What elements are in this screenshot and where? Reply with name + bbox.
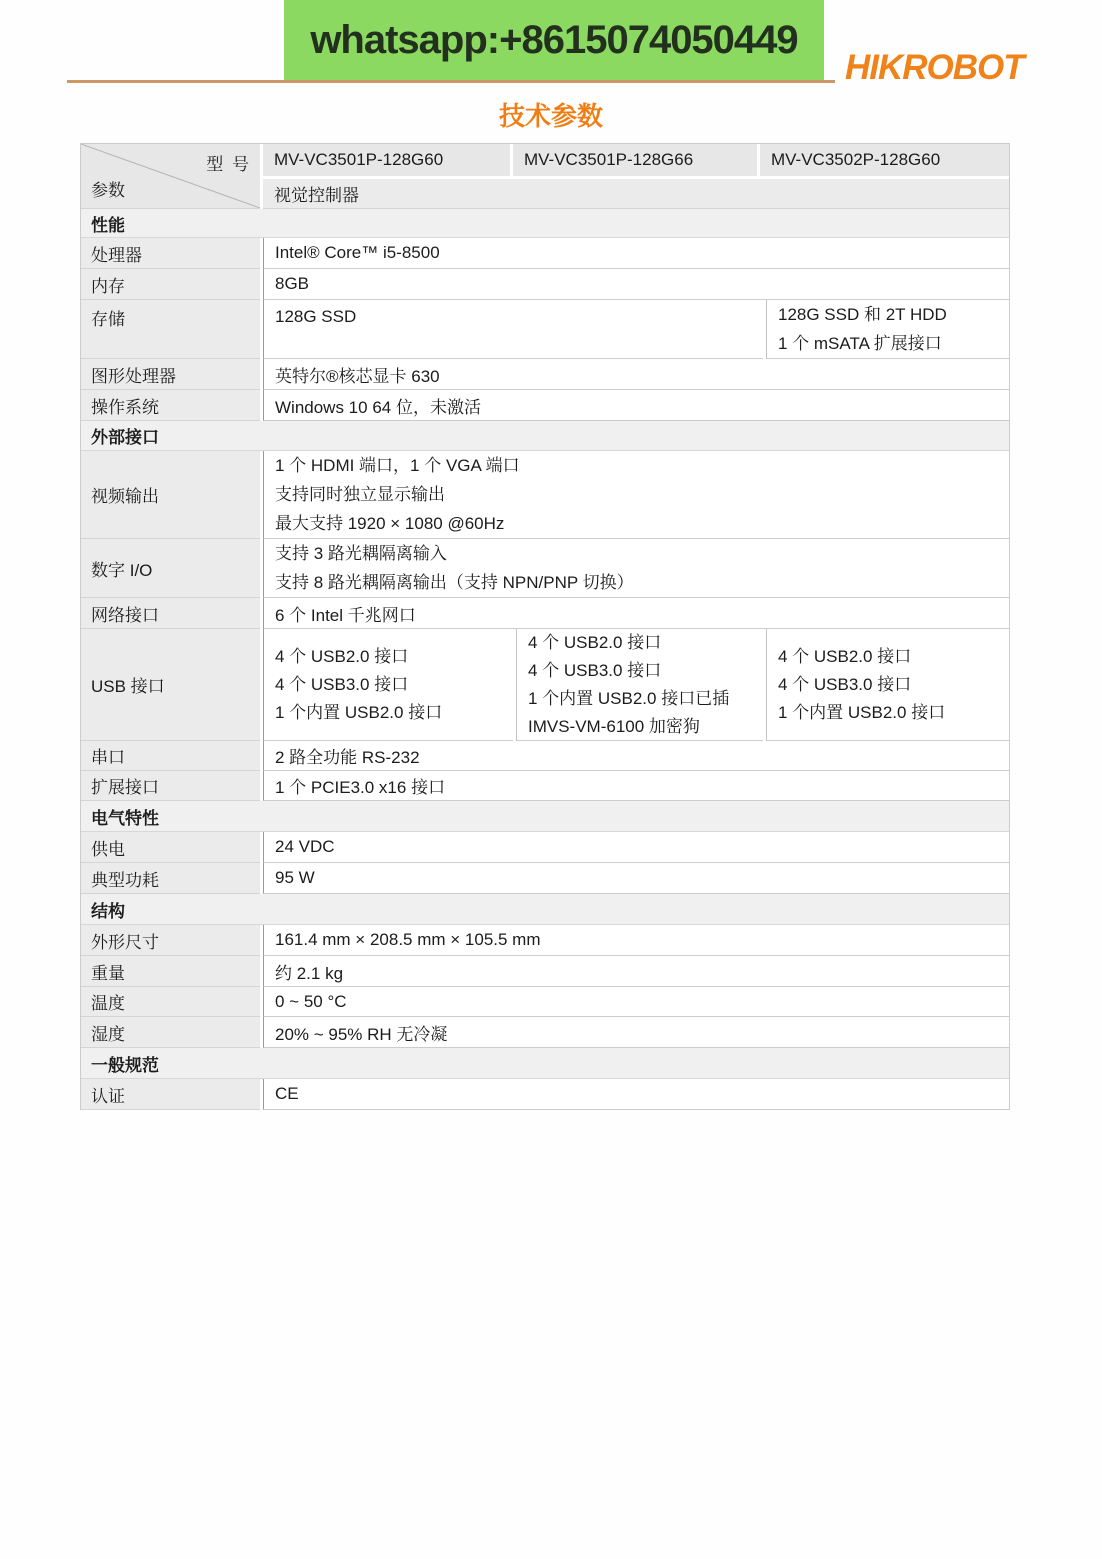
usb-col-model2: 4 个 USB2.0 接口 4 个 USB3.0 接口 1 个内置 USB2.0… [516, 629, 763, 741]
table-row-storage: 存储 128G SSD 128G SSD 和 2T HDD 1 个 mSATA … [81, 300, 1009, 359]
row-label: 图形处理器 [81, 359, 260, 390]
row-label: 视频输出 [81, 451, 260, 539]
row-value: Windows 10 64 位，未激活 [263, 390, 1009, 421]
row-value: 8GB [263, 269, 1009, 300]
table-row-certification: 认证 CE [81, 1079, 1009, 1110]
row-value: 支持 3 路光耦隔离输入 支持 8 路光耦隔离输出（支持 NPN/PNP 切换） [263, 539, 1009, 598]
section-external: 外部接口 [81, 421, 1009, 451]
video-line: 支持同时独立显示输出 [275, 480, 445, 509]
model-name-1: MV-VC3501P-128G60 [263, 144, 510, 176]
row-value: 24 VDC [263, 832, 1009, 863]
row-label: 操作系统 [81, 390, 260, 421]
section-structure: 结构 [81, 894, 1009, 925]
usb-col-model3: 4 个 USB2.0 接口 4 个 USB3.0 接口 1 个内置 USB2.0… [766, 629, 1009, 741]
table-row-os: 操作系统 Windows 10 64 位，未激活 [81, 390, 1009, 421]
usb-col-model1: 4 个 USB2.0 接口 4 个 USB3.0 接口 1 个内置 USB2.0… [263, 629, 513, 741]
row-label: 供电 [81, 832, 260, 863]
row-value: 1 个 HDMI 端口，1 个 VGA 端口 支持同时独立显示输出 最大支持 1… [263, 451, 1009, 539]
model-row: MV-VC3501P-128G60 MV-VC3501P-128G66 MV-V… [263, 144, 1009, 176]
row-value: 20% ~ 95% RH 无冷凝 [263, 1017, 1009, 1048]
usb-line: 1 个内置 USB2.0 接口已插 [528, 685, 729, 713]
row-label: 存储 [81, 300, 260, 359]
row-value: 6 个 Intel 千兆网口 [263, 598, 1009, 629]
model-name-3: MV-VC3502P-128G60 [760, 144, 1009, 176]
row-label: 温度 [81, 987, 260, 1017]
row-label: 外形尺寸 [81, 925, 260, 956]
usb-line: 1 个内置 USB2.0 接口 [275, 699, 442, 727]
model-name-2: MV-VC3501P-128G66 [513, 144, 757, 176]
table-row-expansion: 扩展接口 1 个 PCIE3.0 x16 接口 [81, 771, 1009, 801]
row-label: 内存 [81, 269, 260, 300]
video-line: 1 个 HDMI 端口，1 个 VGA 端口 [275, 451, 520, 480]
table-row-cpu: 处理器 Intel® Core™ i5-8500 [81, 238, 1009, 269]
row-label: 数字 I/O [81, 539, 260, 598]
spec-table: 型 号 参数 MV-VC3501P-128G60 MV-VC3501P-128G… [80, 143, 1010, 1110]
section-general: 一般规范 [81, 1048, 1009, 1079]
dio-line: 支持 3 路光耦隔离输入 [275, 539, 447, 568]
page: whatsapp:+8615074050449 HIKROBOT 技术参数 型 … [0, 0, 1102, 1559]
usb-line: 4 个 USB3.0 接口 [778, 671, 911, 699]
section-performance: 性能 [81, 209, 1009, 238]
whatsapp-banner: whatsapp:+8615074050449 [284, 0, 824, 80]
usb-line: 4 个 USB2.0 接口 [275, 643, 408, 671]
whatsapp-number: whatsapp:+8615074050449 [310, 18, 797, 63]
table-row-temperature: 温度 0 ~ 50 °C [81, 987, 1009, 1017]
video-line: 最大支持 1920 × 1080 @60Hz [275, 509, 504, 538]
table-row-humidity: 湿度 20% ~ 95% RH 无冷凝 [81, 1017, 1009, 1048]
row-value: 英特尔®核芯显卡 630 [263, 359, 1009, 390]
table-row-dimensions: 外形尺寸 161.4 mm × 208.5 mm × 105.5 mm [81, 925, 1009, 956]
dio-line: 支持 8 路光耦隔离输出（支持 NPN/PNP 切换） [275, 568, 634, 597]
table-row-consumption: 典型功耗 95 W [81, 863, 1009, 894]
storage-value-main: 128G SSD [263, 300, 763, 359]
table-row-digital-io: 数字 I/O 支持 3 路光耦隔离输入 支持 8 路光耦隔离输出（支持 NPN/… [81, 539, 1009, 598]
table-row-gpu: 图形处理器 英特尔®核芯显卡 630 [81, 359, 1009, 390]
row-value: 2 路全功能 RS-232 [263, 741, 1009, 771]
usb-line: 4 个 USB3.0 接口 [275, 671, 408, 699]
page-title: 技术参数 [0, 96, 1102, 133]
row-value: 95 W [263, 863, 1009, 894]
usb-line: 4 个 USB2.0 接口 [778, 643, 911, 671]
usb-line: 4 个 USB3.0 接口 [528, 657, 661, 685]
row-label: 认证 [81, 1079, 260, 1110]
table-row-memory: 内存 8GB [81, 269, 1009, 300]
row-value: CE [263, 1079, 1009, 1110]
row-value: 0 ~ 50 °C [263, 987, 1009, 1017]
corner-model-label: 型 号 [206, 150, 251, 175]
usb-line: IMVS-VM-6100 加密狗 [528, 713, 700, 741]
storage-value-third-model: 128G SSD 和 2T HDD 1 个 mSATA 扩展接口 [766, 300, 1009, 359]
corner-param-label: 参数 [91, 176, 125, 201]
row-label: 串口 [81, 741, 260, 771]
table-header: 型 号 参数 MV-VC3501P-128G60 MV-VC3501P-128G… [81, 144, 1009, 209]
header-divider-line [67, 80, 835, 83]
header-right: MV-VC3501P-128G60 MV-VC3501P-128G66 MV-V… [263, 144, 1009, 209]
row-label: 重量 [81, 956, 260, 987]
category-cell: 视觉控制器 [263, 179, 1009, 209]
row-label: USB 接口 [81, 629, 260, 741]
storage-line: 1 个 mSATA 扩展接口 [778, 329, 942, 358]
row-value: Intel® Core™ i5-8500 [263, 238, 1009, 269]
section-electrical: 电气特性 [81, 801, 1009, 832]
table-row-usb: USB 接口 4 个 USB2.0 接口 4 个 USB3.0 接口 1 个内置… [81, 629, 1009, 741]
table-row-power: 供电 24 VDC [81, 832, 1009, 863]
row-label: 扩展接口 [81, 771, 260, 801]
row-value: 161.4 mm × 208.5 mm × 105.5 mm [263, 925, 1009, 956]
table-row-network: 网络接口 6 个 Intel 千兆网口 [81, 598, 1009, 629]
row-label: 湿度 [81, 1017, 260, 1048]
row-value: 1 个 PCIE3.0 x16 接口 [263, 771, 1009, 801]
usb-line: 1 个内置 USB2.0 接口 [778, 699, 945, 727]
usb-line: 4 个 USB2.0 接口 [528, 629, 661, 657]
table-corner-cell: 型 号 参数 [81, 144, 260, 209]
row-value: 约 2.1 kg [263, 956, 1009, 987]
hikrobot-logo: HIKROBOT [845, 48, 1045, 88]
row-label: 典型功耗 [81, 863, 260, 894]
row-label: 网络接口 [81, 598, 260, 629]
table-row-video-output: 视频输出 1 个 HDMI 端口，1 个 VGA 端口 支持同时独立显示输出 最… [81, 451, 1009, 539]
storage-line: 128G SSD 和 2T HDD [778, 300, 947, 329]
row-label: 处理器 [81, 238, 260, 269]
table-row-weight: 重量 约 2.1 kg [81, 956, 1009, 987]
table-row-serial: 串口 2 路全功能 RS-232 [81, 741, 1009, 771]
